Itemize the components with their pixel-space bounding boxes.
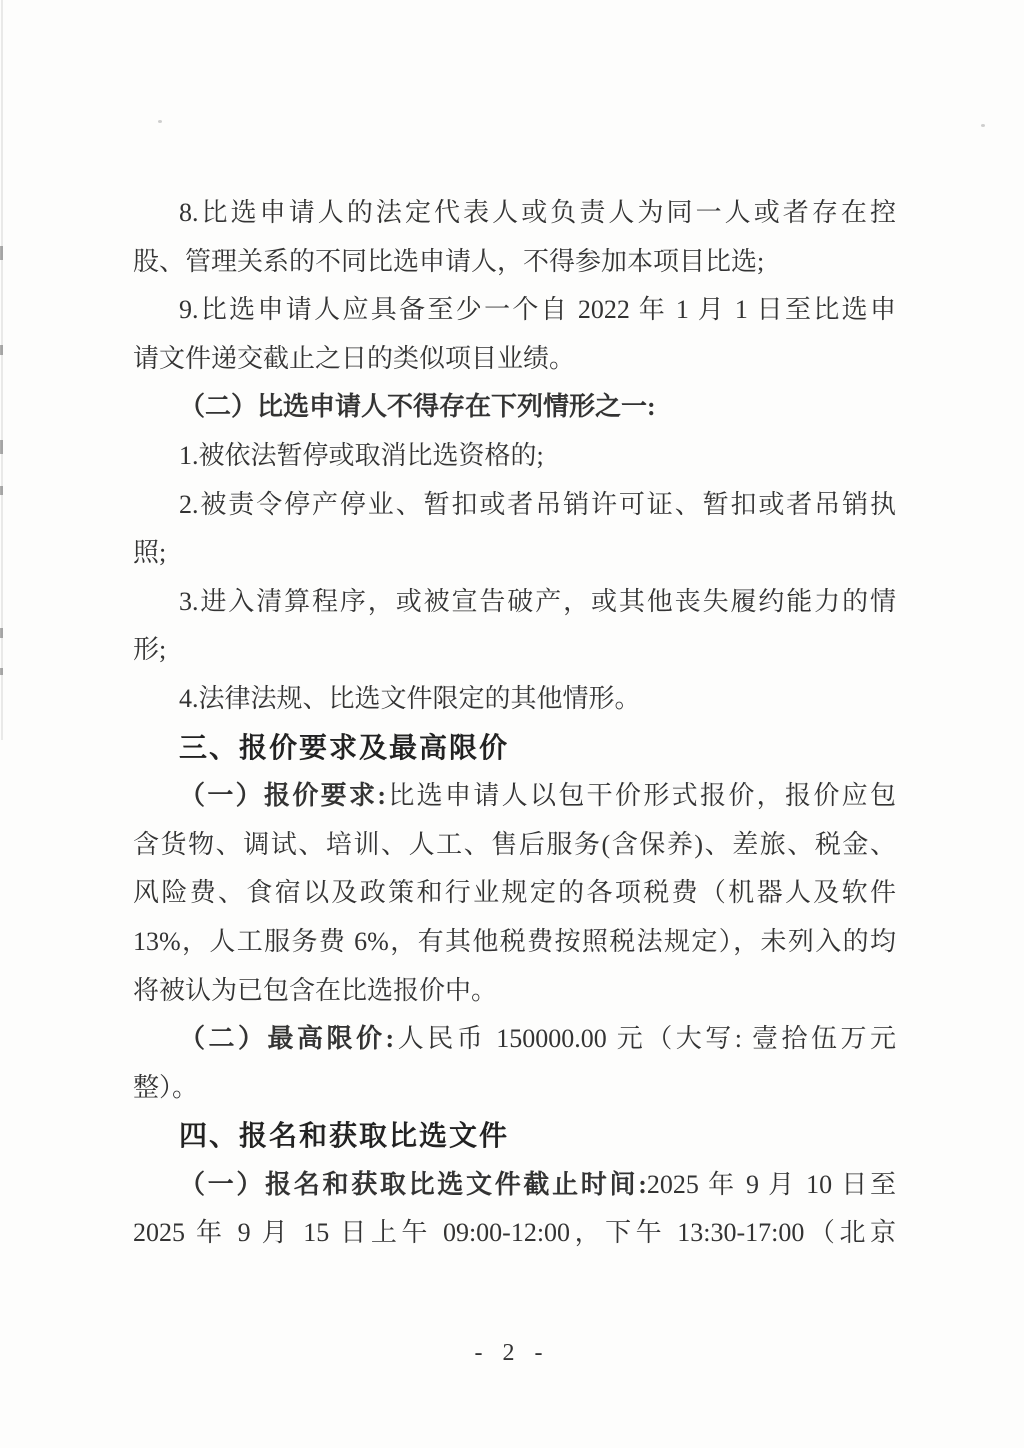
section-4-heading: 四、报名和获取比选文件 [133, 1112, 896, 1161]
situation-4: 4.法律法规、比选文件限定的其他情形。 [133, 675, 896, 724]
bold-text-segment: （一）报名和获取比选文件截止时间: [179, 1170, 647, 1199]
quote-requirement-line4: 13%，人工服务费 6%，有其他税费按照税法规定），未列入的均 [133, 918, 896, 967]
text-segment: 含货物、调试、培训、人工、售后服务(含保养)、差旅、税金、 [133, 830, 896, 859]
text-segment: 股、管理关系的不同比选申请人，不得参加本项目比选; [133, 247, 764, 276]
scan-dust-speck [981, 124, 985, 127]
scan-dust-speck [158, 120, 162, 123]
bold-text-segment: 四、报名和获取比选文件 [179, 1120, 509, 1151]
clause-9-line1: 9.比选申请人应具备至少一个自 2022 年 1 月 1 日至比选申 [133, 286, 896, 335]
text-segment: 9.比选申请人应具备至少一个自 2022 年 1 月 1 日至比选申 [179, 295, 896, 324]
bold-text-segment: （一）报价要求: [179, 781, 386, 810]
scan-edge-tick [0, 628, 3, 638]
text-segment: 比选申请人以包干价形式报价，报价应包 [386, 781, 896, 810]
clause-9-line2: 请文件递交截止之日的类似项目业绩。 [133, 335, 896, 384]
bold-text-segment: （二）最高限价: [179, 1024, 394, 1053]
quote-requirement-line2: 含货物、调试、培训、人工、售后服务(含保养)、差旅、税金、 [133, 821, 896, 870]
max-price-line1: （二）最高限价:人民币 150000.00 元（大写: 壹拾伍万元 [133, 1015, 896, 1064]
registration-deadline-line2: 2025 年 9 月 15 日上午 09:00-12:00，下午 13:30-1… [133, 1209, 896, 1258]
situation-2-line2: 照; [133, 529, 896, 578]
text-segment: 人民币 150000.00 元（大写: 壹拾伍万元 [394, 1024, 896, 1053]
document-body: 8.比选申请人的法定代表人或负责人为同一人或者存在控股、管理关系的不同比选申请人… [133, 189, 896, 1258]
quote-requirement-line1: （一）报价要求:比选申请人以包干价形式报价，报价应包 [133, 772, 896, 821]
scan-edge-tick [0, 345, 3, 355]
clause-8-line2: 股、管理关系的不同比选申请人，不得参加本项目比选; [133, 238, 896, 287]
situation-3-line1: 3.进入清算程序，或被宣告破产，或其他丧失履约能力的情 [133, 578, 896, 627]
registration-deadline-line1: （一）报名和获取比选文件截止时间:2025 年 9 月 10 日至 [133, 1161, 896, 1210]
text-segment: 8.比选申请人的法定代表人或负责人为同一人或者存在控 [179, 198, 896, 227]
scan-edge-tick [0, 440, 3, 454]
situation-1: 1.被依法暂停或取消比选资格的; [133, 432, 896, 481]
situation-2-line1: 2.被责令停产停业、暂扣或者吊销许可证、暂扣或者吊销执 [133, 481, 896, 530]
section-3-heading: 三、报价要求及最高限价 [133, 724, 896, 773]
scanned-document-page: 8.比选申请人的法定代表人或负责人为同一人或者存在控股、管理关系的不同比选申请人… [0, 0, 1024, 1448]
text-segment: 请文件递交截止之日的类似项目业绩。 [133, 344, 575, 373]
scan-edge-tick [0, 486, 3, 495]
text-segment: 3.进入清算程序，或被宣告破产，或其他丧失履约能力的情 [179, 587, 896, 616]
text-segment: 1.被依法暂停或取消比选资格的; [179, 441, 544, 470]
text-segment: 2025 年 9 月 10 日至 [647, 1170, 896, 1199]
text-segment: 13%，人工服务费 6%，有其他税费按照税法规定），未列入的均 [133, 927, 896, 956]
bold-text-segment: （二）比选申请人不得存在下列情形之一: [179, 392, 656, 421]
bold-text-segment: 三、报价要求及最高限价 [179, 732, 509, 763]
scan-edge-tick [0, 668, 3, 675]
situation-3-line2: 形; [133, 626, 896, 675]
text-segment: 将被认为已包含在比选报价中。 [133, 976, 497, 1005]
clause-8-line1: 8.比选申请人的法定代表人或负责人为同一人或者存在控 [133, 189, 896, 238]
max-price-line2: 整）。 [133, 1064, 896, 1113]
text-segment: 整）。 [133, 1073, 198, 1102]
quote-requirement-line3: 风险费、食宿以及政策和行业规定的各项税费（机器人及软件 [133, 869, 896, 918]
text-segment: 2025 年 9 月 15 日上午 09:00-12:00，下午 13:30-1… [133, 1218, 896, 1247]
text-segment: 形; [133, 635, 166, 664]
page-number: - 2 - [0, 1340, 1024, 1367]
section-2-2-heading: （二）比选申请人不得存在下列情形之一: [133, 383, 896, 432]
text-segment: 2.被责令停产停业、暂扣或者吊销许可证、暂扣或者吊销执 [179, 490, 896, 519]
text-segment: 照; [133, 538, 166, 567]
text-segment: 4.法律法规、比选文件限定的其他情形。 [179, 684, 641, 713]
text-segment: 风险费、食宿以及政策和行业规定的各项税费（机器人及软件 [133, 878, 896, 907]
scan-edge-tick [0, 246, 3, 260]
quote-requirement-line5: 将被认为已包含在比选报价中。 [133, 967, 896, 1016]
